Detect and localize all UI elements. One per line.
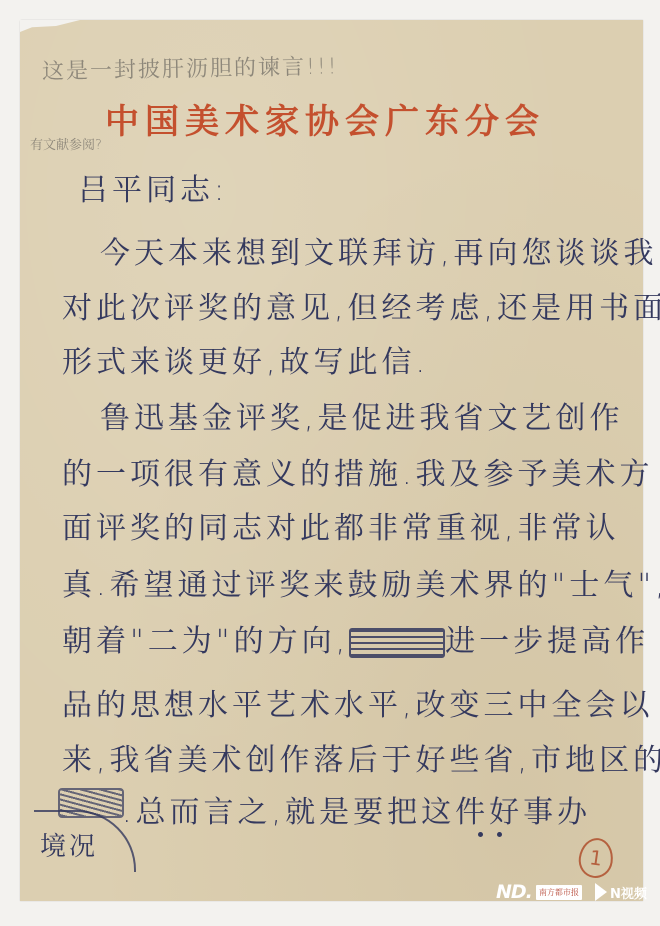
letter-line-4: 鲁迅基金评奖,是促进我省文艺创作 — [100, 393, 624, 437]
pencil-annotation-left: 有文献参阅? — [30, 134, 102, 153]
letter-line-8-text-b: 进一步提高作 — [445, 624, 649, 659]
pencil-annotation-top: 这是一封披肝沥胆的谏言!!! — [42, 49, 339, 85]
salutation: 吕平同志: — [78, 165, 228, 209]
crossed-out-text — [349, 628, 445, 658]
emphasis-dots — [478, 822, 516, 841]
n-video-logo: N视频 — [610, 883, 647, 902]
letter-line-2: 对此次评奖的意见,但经考虑,还是用书面 — [62, 283, 660, 327]
letter-line-5: 的一项很有意义的措施.我及参予美术方 — [62, 449, 654, 493]
nd-watermark: ND. 南方都市报 — [496, 881, 582, 903]
n-video-watermark: N视频 — [595, 881, 647, 903]
play-icon — [595, 883, 607, 901]
letter-line-11: .总而言之,就是要把这件好事办 — [122, 787, 591, 831]
insertion-text: 境况 — [40, 826, 98, 863]
letterhead: 中国美术家协会广东分会 — [105, 94, 585, 143]
letter-line-10: 来,我省美术创作落后于好些省,市地区的 — [62, 735, 660, 779]
letter-line-9: 品的思想水平艺术水平,改变三中全会以 — [62, 680, 654, 724]
nd-tag: 南方都市报 — [536, 885, 582, 900]
letter-line-1: 今天本来想到文联拜访,再向您谈谈我 — [100, 228, 658, 272]
letter-line-7: 真.希望通过评奖来鼓励美术界的"士气", — [62, 560, 660, 604]
letter-line-8-text-a: 朝着"二为"的方向, — [62, 624, 349, 659]
nd-logo: ND. — [496, 881, 532, 903]
letter-line-6: 面评奖的同志对此都非常重视,非常认 — [62, 503, 620, 547]
letter-line-8: 朝着"二为"的方向,进一步提高作 — [62, 616, 649, 660]
letter-line-3: 形式来谈更好,故写此信. — [62, 337, 429, 381]
